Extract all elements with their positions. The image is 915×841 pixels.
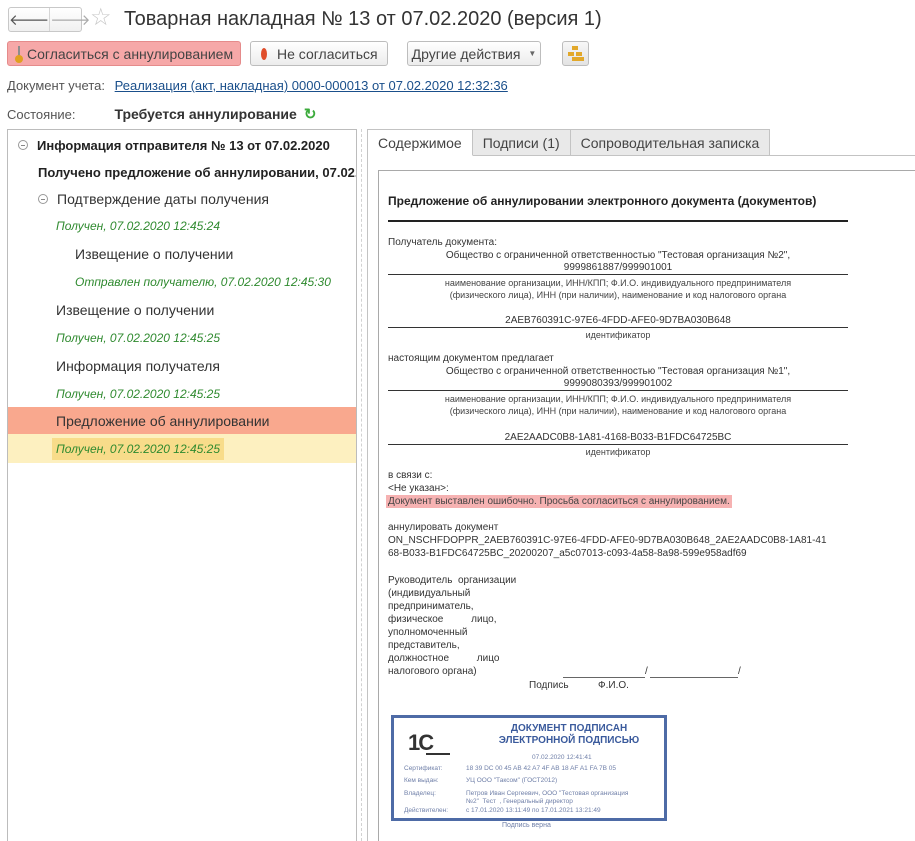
tree-item-status-text: Получен, 07.02.2020 12:45:24	[56, 219, 220, 233]
org-caption-1: наименование организации, ИНН/КПП; Ф.И.О…	[388, 394, 848, 404]
id-caption: идентификатор	[388, 447, 848, 457]
stop-circle-icon	[261, 48, 267, 60]
star-icon[interactable]: ☆	[90, 5, 112, 31]
collapse-icon[interactable]	[18, 140, 28, 150]
recipient-label: Получатель документа:	[388, 237, 497, 248]
tree-item-receipt-date-confirmation[interactable]: Подтверждение даты получения	[8, 185, 356, 213]
state-value: Требуется аннулирование	[114, 106, 296, 122]
collapse-icon[interactable]	[38, 194, 48, 204]
proposer-id: 2AE2AADC0B8-1A81-4168-B033-B1FDC64725BC	[388, 432, 848, 443]
document-check-icon	[18, 46, 20, 61]
panel-splitter[interactable]	[357, 129, 367, 841]
org-caption-1: наименование организации, ИНН/КПП; Ф.И.О…	[388, 278, 848, 288]
signer-line: предприниматель,	[388, 601, 474, 612]
stamp-cert-label: Сертификат:	[404, 765, 443, 772]
tree-item-label: Получено предложение об аннулировании, 0…	[38, 165, 357, 180]
fio-caption: Ф.И.О.	[598, 680, 629, 691]
structure-button[interactable]	[562, 41, 589, 66]
page-title: Товарная накладная № 13 от 07.02.2020 (в…	[124, 6, 602, 32]
stamp-valid-value: с 17.01.2020 13:11:49 по 17.01.2021 13:2…	[466, 807, 601, 814]
divider	[388, 444, 848, 445]
arrow-left-icon: 🡐	[9, 10, 49, 29]
navigation-buttons: 🡐 🡒	[8, 7, 82, 32]
stamp-issuer-label: Кем выдан:	[404, 777, 439, 784]
tree-item-receipt-notice[interactable]: Извещение о получении	[8, 240, 356, 268]
signer-line: физическое лицо,	[388, 614, 497, 625]
other-actions-label: Другие действия	[412, 46, 521, 62]
stamp-cert-value: 18 39 DC 00 45 AB 42 A7 4F AB 18 AF A1 F…	[466, 765, 616, 772]
signer-line: представитель,	[388, 640, 460, 651]
tree-item-status-text: Получен, 07.02.2020 12:45:25	[56, 331, 220, 345]
tab-bar: Содержимое Подписи (1) Сопроводительная …	[367, 129, 770, 156]
reason-label: в связи с:	[388, 470, 432, 481]
stamp-owner-value-2: №2" Тест , Генеральный директор	[466, 798, 573, 805]
annul-id-line-1: ON_NSCHFDOPPR_2AEB760391C-97E6-4FDD-AFE0…	[388, 535, 827, 546]
signature-valid-caption: Подпись верна	[502, 822, 551, 829]
accounting-document-row: Документ учета: Реализация (акт, накладн…	[7, 78, 508, 93]
tree-item-status-text: Получен, 07.02.2020 12:45:25	[52, 438, 224, 460]
id-caption: идентификатор	[388, 330, 848, 340]
state-row: Состояние: Требуется аннулирование ↻	[7, 105, 316, 123]
document-flow-tree: Информация отправителя № 13 от 07.02.202…	[7, 129, 357, 841]
tree-item-status: Получен, 07.02.2020 12:45:25	[8, 380, 356, 408]
stamp-issuer-value: УЦ ООО "Таксом" (ГОСТ2012)	[466, 777, 557, 784]
tab-signatures[interactable]: Подписи (1)	[473, 129, 571, 156]
back-button[interactable]: 🡐	[9, 8, 49, 31]
recipient-org: Общество с ограниченной ответственностью…	[388, 250, 848, 261]
org-caption-2: (физического лица), ИНН (при наличии), н…	[388, 406, 848, 416]
accounting-document-label: Документ учета:	[7, 78, 105, 93]
disagree-button[interactable]: Не согласиться	[250, 41, 388, 66]
stamp-owner-label: Владелец:	[404, 790, 436, 797]
tab-cover-note[interactable]: Сопроводительная записка	[571, 129, 771, 156]
annul-id-line-2: 68-B033-B1FDC64725BC_20200207_a5c07013-c…	[388, 548, 747, 559]
tree-item-status-text: Получен, 07.02.2020 12:45:25	[56, 387, 220, 401]
reason-unspecified: <Не указан>:	[388, 483, 449, 494]
signature-caption: Подпись	[529, 680, 569, 691]
document-title: Предложение об аннулировании электронног…	[388, 194, 816, 208]
tree-item-receipt-notice[interactable]: Извещение о получении	[8, 296, 356, 324]
fio-line	[650, 677, 738, 678]
stamp-heading-2: ЭЛЕКТРОННОЙ ПОДПИСЬЮ	[494, 735, 644, 746]
tree-item-label: Извещение о получении	[75, 246, 233, 262]
signature-stamp: 1С ДОКУМЕНТ ПОДПИСАН ЭЛЕКТРОННОЙ ПОДПИСЬ…	[391, 715, 667, 821]
proposer-label: настоящим документом предлагает	[388, 353, 554, 364]
arrow-right-icon: 🡒	[50, 10, 90, 29]
slash: /	[738, 666, 741, 677]
accounting-document-link[interactable]: Реализация (акт, накладная) 0000-000013 …	[115, 78, 508, 93]
stamp-valid-label: Действителен:	[404, 807, 448, 814]
stamp-date: 07.02.2020 12:41:41	[532, 754, 592, 761]
forward-button[interactable]: 🡒	[49, 8, 90, 31]
reason-text: Документ выставлен ошибочно. Просьба сог…	[386, 495, 732, 508]
tree-item-label: Предложение об аннулировании	[56, 413, 269, 429]
tree-item-status-text: Отправлен получателю, 07.02.2020 12:45:3…	[75, 275, 331, 289]
tree-item-label: Информация получателя	[56, 358, 220, 374]
slash: /	[645, 666, 648, 677]
tree-item-status: Получен, 07.02.2020 12:45:24	[8, 212, 356, 240]
tree-item-status: Отправлен получателю, 07.02.2020 12:45:3…	[8, 268, 356, 296]
tree-item-label: Извещение о получении	[56, 302, 214, 318]
org-caption-2: (физического лица), ИНН (при наличии), н…	[388, 290, 848, 300]
tree-item-cancellation-offer[interactable]: Предложение об аннулировании	[8, 407, 356, 434]
tree-item-status-selected: Получен, 07.02.2020 12:45:25	[8, 434, 356, 463]
tree-item-sender-info[interactable]: Информация отправителя № 13 от 07.02.202…	[8, 131, 356, 159]
chevron-down-icon: ▼	[528, 49, 536, 58]
tree-item-status: Получен, 07.02.2020 12:45:25	[8, 324, 356, 352]
agree-annulment-button[interactable]: Согласиться с аннулированием	[7, 41, 241, 66]
tree-item-label: Подтверждение даты получения	[57, 191, 269, 207]
signer-line: Руководитель организации	[388, 575, 516, 586]
agree-annulment-label: Согласиться с аннулированием	[27, 46, 233, 62]
tree-item-cancellation-received[interactable]: Получено предложение об аннулировании, 0…	[8, 158, 356, 186]
structure-icon	[568, 46, 583, 61]
divider	[388, 274, 848, 275]
recipient-id: 2AEB760391C-97E6-4FDD-AFE0-9D7BA030B648	[388, 315, 848, 326]
signer-line: (индивидуальный	[388, 588, 470, 599]
signer-line: уполномоченный	[388, 627, 467, 638]
divider	[388, 327, 848, 328]
tree-item-recipient-info[interactable]: Информация получателя	[8, 352, 356, 380]
tab-content[interactable]: Содержимое	[367, 129, 473, 156]
divider	[388, 220, 848, 222]
other-actions-dropdown[interactable]: Другие действия ▼	[407, 41, 541, 66]
refresh-icon[interactable]: ↻	[304, 105, 317, 123]
tree-item-label: Информация отправителя № 13 от 07.02.202…	[37, 138, 330, 153]
divider	[388, 390, 848, 391]
signer-line: должностное лицо	[388, 653, 499, 664]
stamp-heading-1: ДОКУМЕНТ ПОДПИСАН	[494, 723, 644, 734]
proposer-inn: 9999080393/999901002	[388, 378, 848, 389]
signature-line	[563, 677, 645, 678]
annul-label: аннулировать документ	[388, 522, 498, 533]
1c-logo-icon: 1С	[408, 730, 432, 756]
recipient-inn: 9999861887/999901001	[388, 262, 848, 273]
disagree-label: Не согласиться	[277, 46, 378, 62]
state-label: Состояние:	[7, 107, 75, 122]
proposer-org: Общество с ограниченной ответственностью…	[388, 366, 848, 377]
stamp-owner-value-1: Петров Иван Сергеевич, ООО "Тестовая орг…	[466, 790, 628, 797]
signer-line: налогового органа)	[388, 666, 477, 677]
